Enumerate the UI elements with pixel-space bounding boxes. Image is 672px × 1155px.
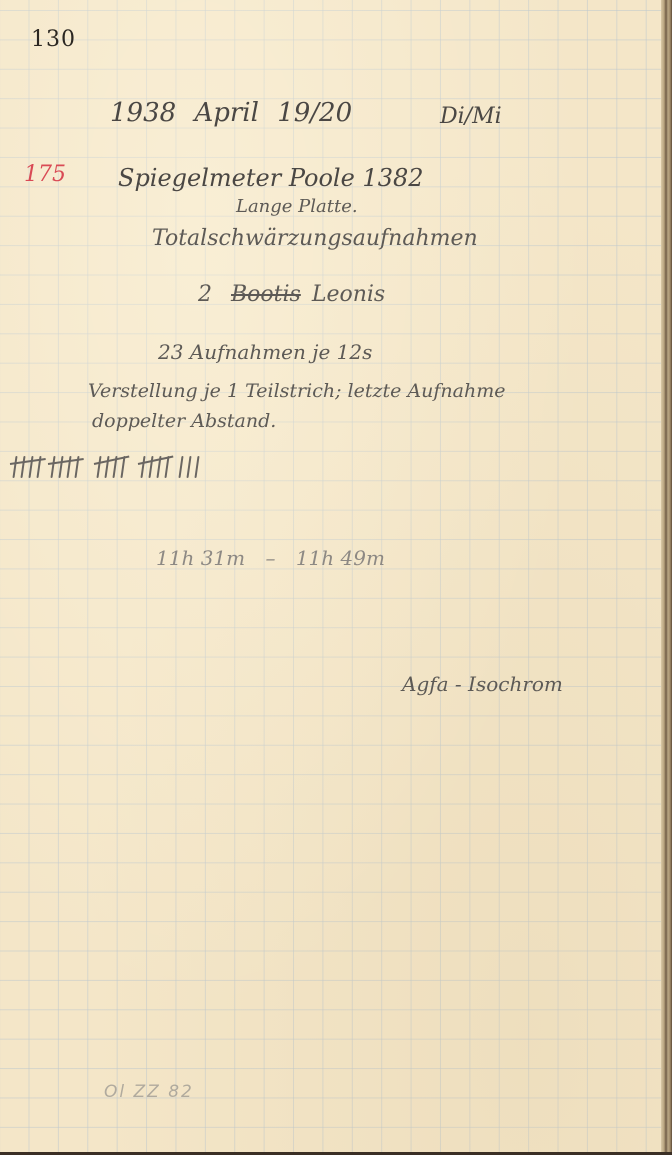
date-month: April [194,98,258,128]
page-number: 130 [31,27,76,52]
page-edge [661,0,672,1155]
instrument-line: Spiegelmeter Poole 1382 [118,164,424,192]
show-through-text: Ol ZZ 82 [104,1082,194,1102]
exposure-count: 23 Aufnahmen je 12s [158,340,372,364]
tally-group-5 [14,454,40,478]
tally-group-5 [52,454,78,478]
time-range: 11h 31m – 11h 49m [156,546,385,570]
exposure-note-2: doppelter Abstand. [92,410,276,432]
target-name: Leonis [312,282,385,307]
margin-note: 175 [24,162,66,187]
exposure-type: Totalschwärzungsaufnahmen [152,226,478,251]
tally-group-3 [180,454,198,478]
time-separator: – [265,546,275,570]
date-weekdays: Di/Mi [440,104,502,129]
tally-group-5 [142,454,168,478]
tally-marks [14,454,198,478]
notebook-page: 130 1938 April 19/20 Di/Mi 175 Spiegelme… [0,0,661,1152]
date-heading: 1938 April 19/20 [110,98,352,128]
date-days: 19/20 [277,98,352,128]
plate-line: Lange Platte. [236,196,358,217]
plate-brand: Agfa - Isochrom [402,672,563,696]
time-end: 11h 49m [296,546,385,570]
target-line: 2 Bootis Leonis [198,282,385,307]
tally-group-5 [98,454,124,478]
target-prefix: 2 [198,282,212,307]
exposure-note-1: Verstellung je 1 Teilstrich; letzte Aufn… [88,380,505,402]
time-start: 11h 31m [156,546,245,570]
date-year: 1938 [110,98,176,128]
target-struck-out: Bootis [231,282,301,307]
